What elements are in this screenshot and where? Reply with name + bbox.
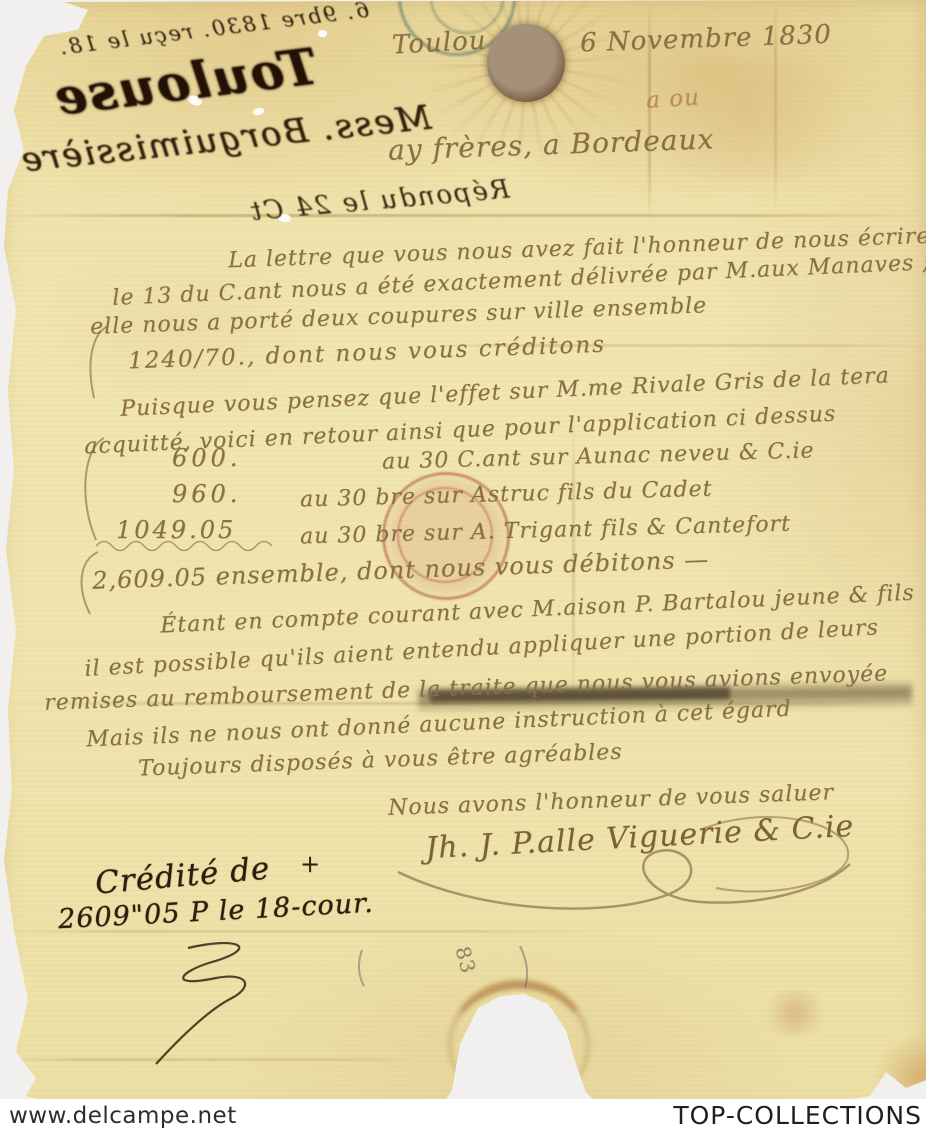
amount-clause: au 30 C.ant sur Aunac neveu & C.ie <box>382 438 815 474</box>
credit-note-plus-mark: + <box>300 850 321 878</box>
torn-paper-sheet: 6. 9bre 1830. reçu le 18. Toulouse Mess.… <box>0 0 926 1112</box>
red-ink-residue: a ou <box>645 84 700 114</box>
amount-clause: au 30 bre sur Astruc fils du Cadet <box>300 477 713 513</box>
wax-seal-burn-mark <box>487 24 565 102</box>
stain <box>620 60 880 180</box>
amount-value: 960. <box>172 480 241 508</box>
body-line: 1240/70., dont nous vous créditons <box>128 332 607 375</box>
amount-clause: au 30 bre sur A. Trigant fils & Cantefor… <box>300 512 791 550</box>
amount-value: 600. <box>172 444 241 472</box>
amount-value: 1049.05 <box>116 516 236 544</box>
scanned-letter-page: 6. 9bre 1830. reçu le 18. Toulouse Mess.… <box>0 0 926 1132</box>
fold-crease <box>0 214 926 217</box>
stain <box>760 990 830 1036</box>
dateline-city: Toulou <box>391 26 487 61</box>
watermark-right-text: TOP-COLLECTIONS <box>673 1101 922 1130</box>
signature-line: Jh. J. P.alle Viguerie & C.ie <box>424 809 855 866</box>
seal-tear-singe <box>448 980 590 1109</box>
pencil-mark: 83 <box>451 944 481 977</box>
paper-hole <box>318 30 327 37</box>
pencil-stroke <box>359 950 364 986</box>
credit-note-paraph <box>156 943 245 1064</box>
fold-crease <box>0 1058 420 1061</box>
watermark-bar: www.delcampe.net TOP-COLLECTIONS <box>0 1099 926 1132</box>
watermark-left-text: www.delcampe.net <box>9 1103 237 1129</box>
verso-bleedthrough-line-4: Répondu le 24 Ct <box>199 175 510 232</box>
